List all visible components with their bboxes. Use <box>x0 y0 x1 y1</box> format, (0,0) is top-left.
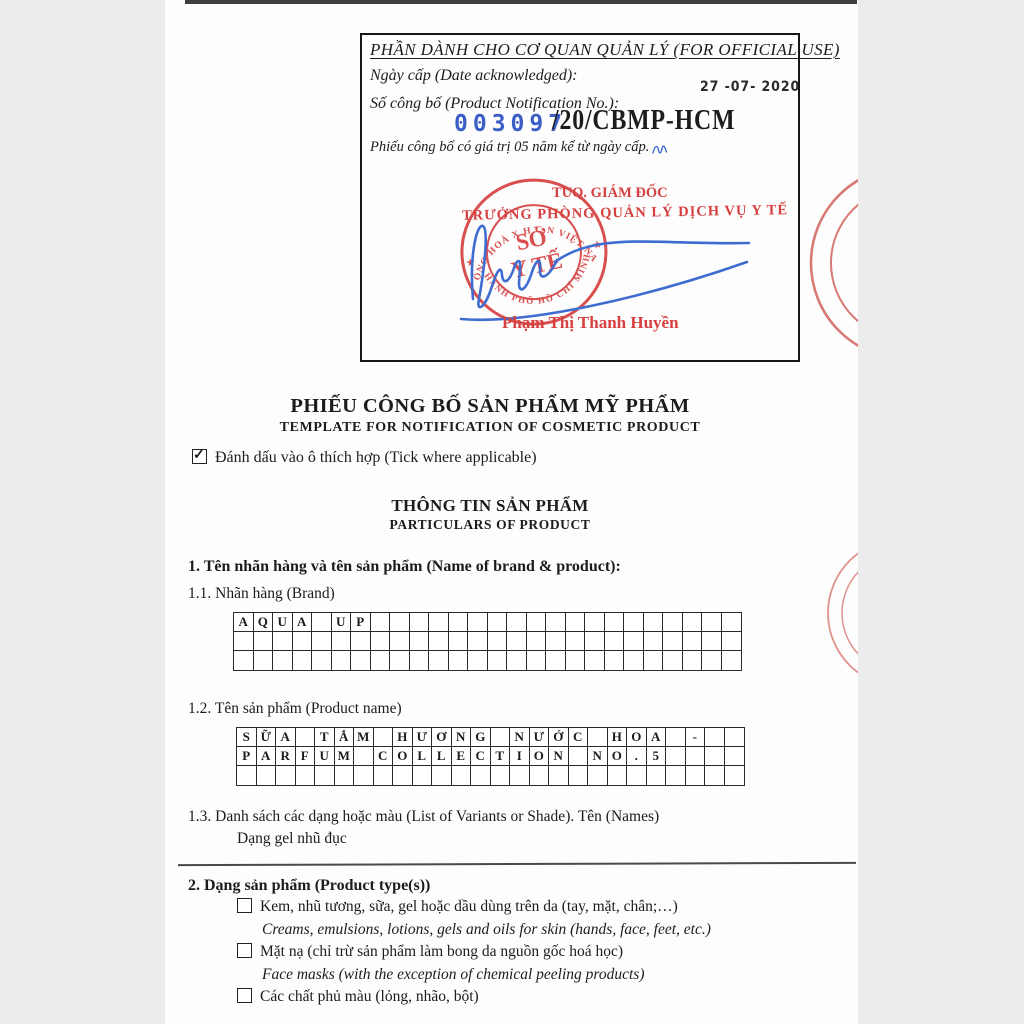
section2-heading: 2. Dạng sản phẩm (Product type(s)) <box>188 877 430 895</box>
grid-cell: N <box>510 728 530 747</box>
grid-cell: A <box>276 728 296 747</box>
grid-cell <box>488 632 508 651</box>
grid-cell <box>624 651 644 670</box>
grid-cell <box>566 632 586 651</box>
grid-cell <box>686 766 706 785</box>
grid-cell <box>332 651 352 670</box>
grid-cell: U <box>332 613 352 632</box>
grid-cell: P <box>351 613 371 632</box>
tick-note-row: Đánh dấu vào ô thích hợp (Tick where app… <box>192 449 537 467</box>
grid-cell: O <box>608 747 628 766</box>
grid-cell: C <box>374 747 394 766</box>
grid-cell <box>705 747 725 766</box>
grid-cell: E <box>452 747 472 766</box>
grid-cell <box>371 632 391 651</box>
grid-cell <box>390 613 410 632</box>
grid-cell <box>527 651 547 670</box>
grid-cell: U <box>273 613 293 632</box>
grid-cell <box>410 632 430 651</box>
grid-cell <box>507 651 527 670</box>
grid-row: PARFUMCOLLECTIONNO.5 <box>237 747 744 766</box>
grid-cell <box>254 651 274 670</box>
product-type-label-vi: Kem, nhũ tương, sữa, gel hoặc dầu dùng t… <box>260 898 678 915</box>
grid-cell <box>605 651 625 670</box>
grid-cell <box>452 766 472 785</box>
grid-cell: O <box>530 747 550 766</box>
product-type-label-en: Creams, emulsions, lotions, gels and oil… <box>262 921 711 939</box>
grid-cell <box>273 651 293 670</box>
grid-cell: F <box>296 747 316 766</box>
grid-cell <box>725 728 745 747</box>
notification-number-suffix: /20/CBMP-HCM <box>552 105 735 137</box>
grid-cell <box>312 651 332 670</box>
grid-cell <box>663 613 683 632</box>
grid-cell: S <box>237 728 257 747</box>
grid-cell: L <box>413 747 433 766</box>
grid-cell <box>393 766 413 785</box>
grid-cell <box>468 613 488 632</box>
grid-cell <box>530 766 550 785</box>
grid-cell <box>527 632 547 651</box>
grid-cell <box>549 766 569 785</box>
tick-note-label: Đánh dấu vào ô thích hợp (Tick where app… <box>215 449 537 466</box>
grid-cell <box>722 651 742 670</box>
grid-cell <box>686 747 706 766</box>
official-use-header: PHẦN DÀNH CHO CƠ QUAN QUẢN LÝ (FOR OFFIC… <box>370 40 840 60</box>
grid-cell: P <box>237 747 257 766</box>
grid-cell <box>374 728 394 747</box>
grid-cell: M <box>335 747 355 766</box>
product-type-label-en: Face masks (with the exception of chemic… <box>262 966 645 984</box>
grid-cell <box>569 747 589 766</box>
product-info-header-en: PARTICULARS OF PRODUCT <box>190 517 790 533</box>
section1-heading: 1. Tên nhãn hàng và tên sản phẩm (Name o… <box>188 558 621 576</box>
grid-cell <box>410 651 430 670</box>
grid-cell <box>312 613 332 632</box>
grid-cell <box>488 651 508 670</box>
grid-cell <box>429 651 449 670</box>
grid-cell: G <box>471 728 491 747</box>
grid-cell: T <box>491 747 511 766</box>
grid-cell: A <box>234 613 254 632</box>
scan-edge-strip <box>185 0 857 4</box>
grid-cell <box>702 651 722 670</box>
grid-cell <box>351 632 371 651</box>
grid-cell: O <box>393 747 413 766</box>
grid-cell: 5 <box>647 747 667 766</box>
product-info-header-block: THÔNG TIN SẢN PHẨM PARTICULARS OF PRODUC… <box>190 496 790 533</box>
grid-cell: N <box>452 728 472 747</box>
grid-cell <box>491 728 511 747</box>
grid-cell <box>666 728 686 747</box>
grid-cell <box>234 651 254 670</box>
grid-cell <box>608 766 628 785</box>
grid-cell <box>254 632 274 651</box>
grid-cell <box>663 651 683 670</box>
grid-row <box>234 632 741 651</box>
variants-label: 1.3. Danh sách các dạng hoặc màu (List o… <box>188 808 659 826</box>
grid-cell <box>449 651 469 670</box>
edge-stamp-bottom: ★ M.S. <box>822 535 858 695</box>
grid-row: AQUAUP <box>234 613 741 632</box>
grid-cell: H <box>608 728 628 747</box>
grid-cell <box>585 651 605 670</box>
grid-cell: Ư <box>530 728 550 747</box>
brand-letter-grid[interactable]: AQUAUP <box>233 612 742 671</box>
grid-cell <box>449 632 469 651</box>
product-type-row: Kem, nhũ tương, sữa, gel hoặc dầu dùng t… <box>237 898 678 916</box>
grid-cell <box>683 632 703 651</box>
grid-cell <box>296 728 316 747</box>
grid-cell <box>663 632 683 651</box>
section-divider-line <box>178 862 856 866</box>
grid-cell <box>354 766 374 785</box>
grid-cell: A <box>257 747 277 766</box>
product-type-label-vi: Các chất phủ màu (lỏng, nhão, bột) <box>260 988 479 1005</box>
approver-name: Phạm Thị Thanh Huyền <box>502 313 679 333</box>
grid-cell <box>293 651 313 670</box>
grid-cell <box>725 747 745 766</box>
grid-cell <box>585 632 605 651</box>
grid-cell <box>647 766 667 785</box>
notification-number-value: 003097 <box>454 111 567 137</box>
grid-cell <box>429 613 449 632</box>
validity-note-row: Phiếu công bố có giá trị 05 năm kể từ ng… <box>370 139 669 156</box>
grid-cell <box>507 613 527 632</box>
grid-cell <box>566 651 586 670</box>
grid-cell <box>588 728 608 747</box>
grid-cell <box>644 613 664 632</box>
document-page: PHẦN DÀNH CHO CƠ QUAN QUẢN LÝ (FOR OFFIC… <box>165 0 858 1024</box>
scanned-document-canvas: PHẦN DÀNH CHO CƠ QUAN QUẢN LÝ (FOR OFFIC… <box>0 0 1024 1024</box>
product-type-checkbox-colouring[interactable] <box>237 988 252 1003</box>
grid-cell: U <box>315 747 335 766</box>
grid-row <box>237 766 744 785</box>
grid-cell <box>644 651 664 670</box>
grid-cell <box>507 632 527 651</box>
grid-cell <box>705 728 725 747</box>
brand-label: 1.1. Nhãn hàng (Brand) <box>188 585 335 603</box>
grid-cell <box>546 632 566 651</box>
grid-cell <box>585 613 605 632</box>
grid-cell <box>624 613 644 632</box>
grid-cell <box>257 766 277 785</box>
grid-cell: C <box>471 747 491 766</box>
grid-cell <box>569 766 589 785</box>
product-name-label: 1.2. Tên sản phẩm (Product name) <box>188 700 402 718</box>
grid-cell <box>390 651 410 670</box>
grid-cell: L <box>432 747 452 766</box>
date-acknowledged-label: Ngày cấp (Date acknowledged): <box>370 67 577 85</box>
edge-stamp-top: CỘNG HOÀ THÀ ★ <box>805 158 858 368</box>
grid-cell <box>702 632 722 651</box>
grid-cell: . <box>627 747 647 766</box>
date-stamp: 27 -07- 2020 <box>700 79 800 95</box>
grid-cell: R <box>276 747 296 766</box>
product-type-row: Các chất phủ màu (lỏng, nhão, bột) <box>237 988 479 1006</box>
grid-cell <box>332 632 352 651</box>
grid-cell <box>666 747 686 766</box>
grid-cell <box>605 632 625 651</box>
grid-cell: Ư <box>413 728 433 747</box>
grid-cell: Q <box>254 613 274 632</box>
product-type-checkbox-creams[interactable] <box>237 898 252 913</box>
grid-cell <box>546 651 566 670</box>
grid-cell: Ơ <box>432 728 452 747</box>
grid-cell <box>312 632 332 651</box>
grid-cell: Ớ <box>549 728 569 747</box>
grid-cell <box>234 632 254 651</box>
grid-cell <box>605 613 625 632</box>
document-title-block: PHIẾU CÔNG BỐ SẢN PHẨM MỸ PHẨM TEMPLATE … <box>190 395 790 436</box>
grid-cell <box>566 613 586 632</box>
grid-cell <box>722 613 742 632</box>
grid-cell <box>491 766 511 785</box>
grid-cell <box>390 632 410 651</box>
grid-cell <box>237 766 257 785</box>
official-use-box: PHẦN DÀNH CHO CƠ QUAN QUẢN LÝ (FOR OFFIC… <box>360 33 800 362</box>
grid-cell: Ữ <box>257 728 277 747</box>
grid-cell <box>627 766 647 785</box>
grid-cell <box>354 747 374 766</box>
grid-cell <box>725 766 745 785</box>
grid-cell <box>722 632 742 651</box>
product-type-checkbox-masks[interactable] <box>237 943 252 958</box>
document-title-en: TEMPLATE FOR NOTIFICATION OF COSMETIC PR… <box>190 420 790 436</box>
grid-cell <box>371 613 391 632</box>
product-name-letter-grid[interactable]: SỮATẮMHƯƠNGNƯỚCHOA-PARFUMCOLLECTIONNO.5 <box>236 727 745 786</box>
grid-cell <box>666 766 686 785</box>
grid-cell <box>705 766 725 785</box>
grid-cell: I <box>510 747 530 766</box>
grid-cell <box>315 766 335 785</box>
grid-cell: N <box>549 747 569 766</box>
grid-cell <box>644 632 664 651</box>
grid-cell <box>510 766 530 785</box>
grid-cell <box>449 613 469 632</box>
grid-cell <box>432 766 452 785</box>
grid-cell: M <box>354 728 374 747</box>
grid-cell <box>335 766 355 785</box>
grid-cell <box>588 766 608 785</box>
grid-cell <box>624 632 644 651</box>
grid-cell <box>683 651 703 670</box>
grid-cell: O <box>627 728 647 747</box>
grid-cell <box>429 632 449 651</box>
grid-cell: N <box>588 747 608 766</box>
approver-title-line1: TUQ. GIÁM ĐỐC <box>552 185 668 202</box>
grid-cell <box>296 766 316 785</box>
grid-cell <box>527 613 547 632</box>
grid-cell <box>546 613 566 632</box>
grid-cell: C <box>569 728 589 747</box>
grid-row <box>234 651 741 670</box>
grid-cell <box>374 766 394 785</box>
tick-note-checkbox[interactable] <box>192 449 207 464</box>
grid-cell <box>351 651 371 670</box>
grid-cell: H <box>393 728 413 747</box>
grid-cell <box>273 632 293 651</box>
grid-cell: T <box>315 728 335 747</box>
product-type-row: Mặt nạ (chỉ trừ sản phẩm làm bong da ngu… <box>237 943 623 961</box>
grid-cell <box>468 632 488 651</box>
grid-cell <box>276 766 296 785</box>
grid-cell <box>293 632 313 651</box>
grid-cell <box>702 613 722 632</box>
grid-cell <box>471 766 491 785</box>
grid-cell <box>413 766 433 785</box>
grid-cell: Ắ <box>335 728 355 747</box>
grid-cell: A <box>293 613 313 632</box>
product-type-label-vi: Mặt nạ (chỉ trừ sản phẩm làm bong da ngu… <box>260 943 623 960</box>
document-title-vi: PHIẾU CÔNG BỐ SẢN PHẨM MỸ PHẨM <box>190 395 790 418</box>
grid-cell: A <box>647 728 667 747</box>
grid-cell <box>468 651 488 670</box>
grid-row: SỮATẮMHƯƠNGNƯỚCHOA- <box>237 728 744 747</box>
variants-value: Dạng gel nhũ đục <box>237 830 347 848</box>
grid-cell: - <box>686 728 706 747</box>
product-info-header-vi: THÔNG TIN SẢN PHẨM <box>190 496 790 516</box>
grid-cell <box>683 613 703 632</box>
pen-mark-icon <box>651 142 669 156</box>
grid-cell <box>371 651 391 670</box>
grid-cell <box>488 613 508 632</box>
grid-cell <box>410 613 430 632</box>
